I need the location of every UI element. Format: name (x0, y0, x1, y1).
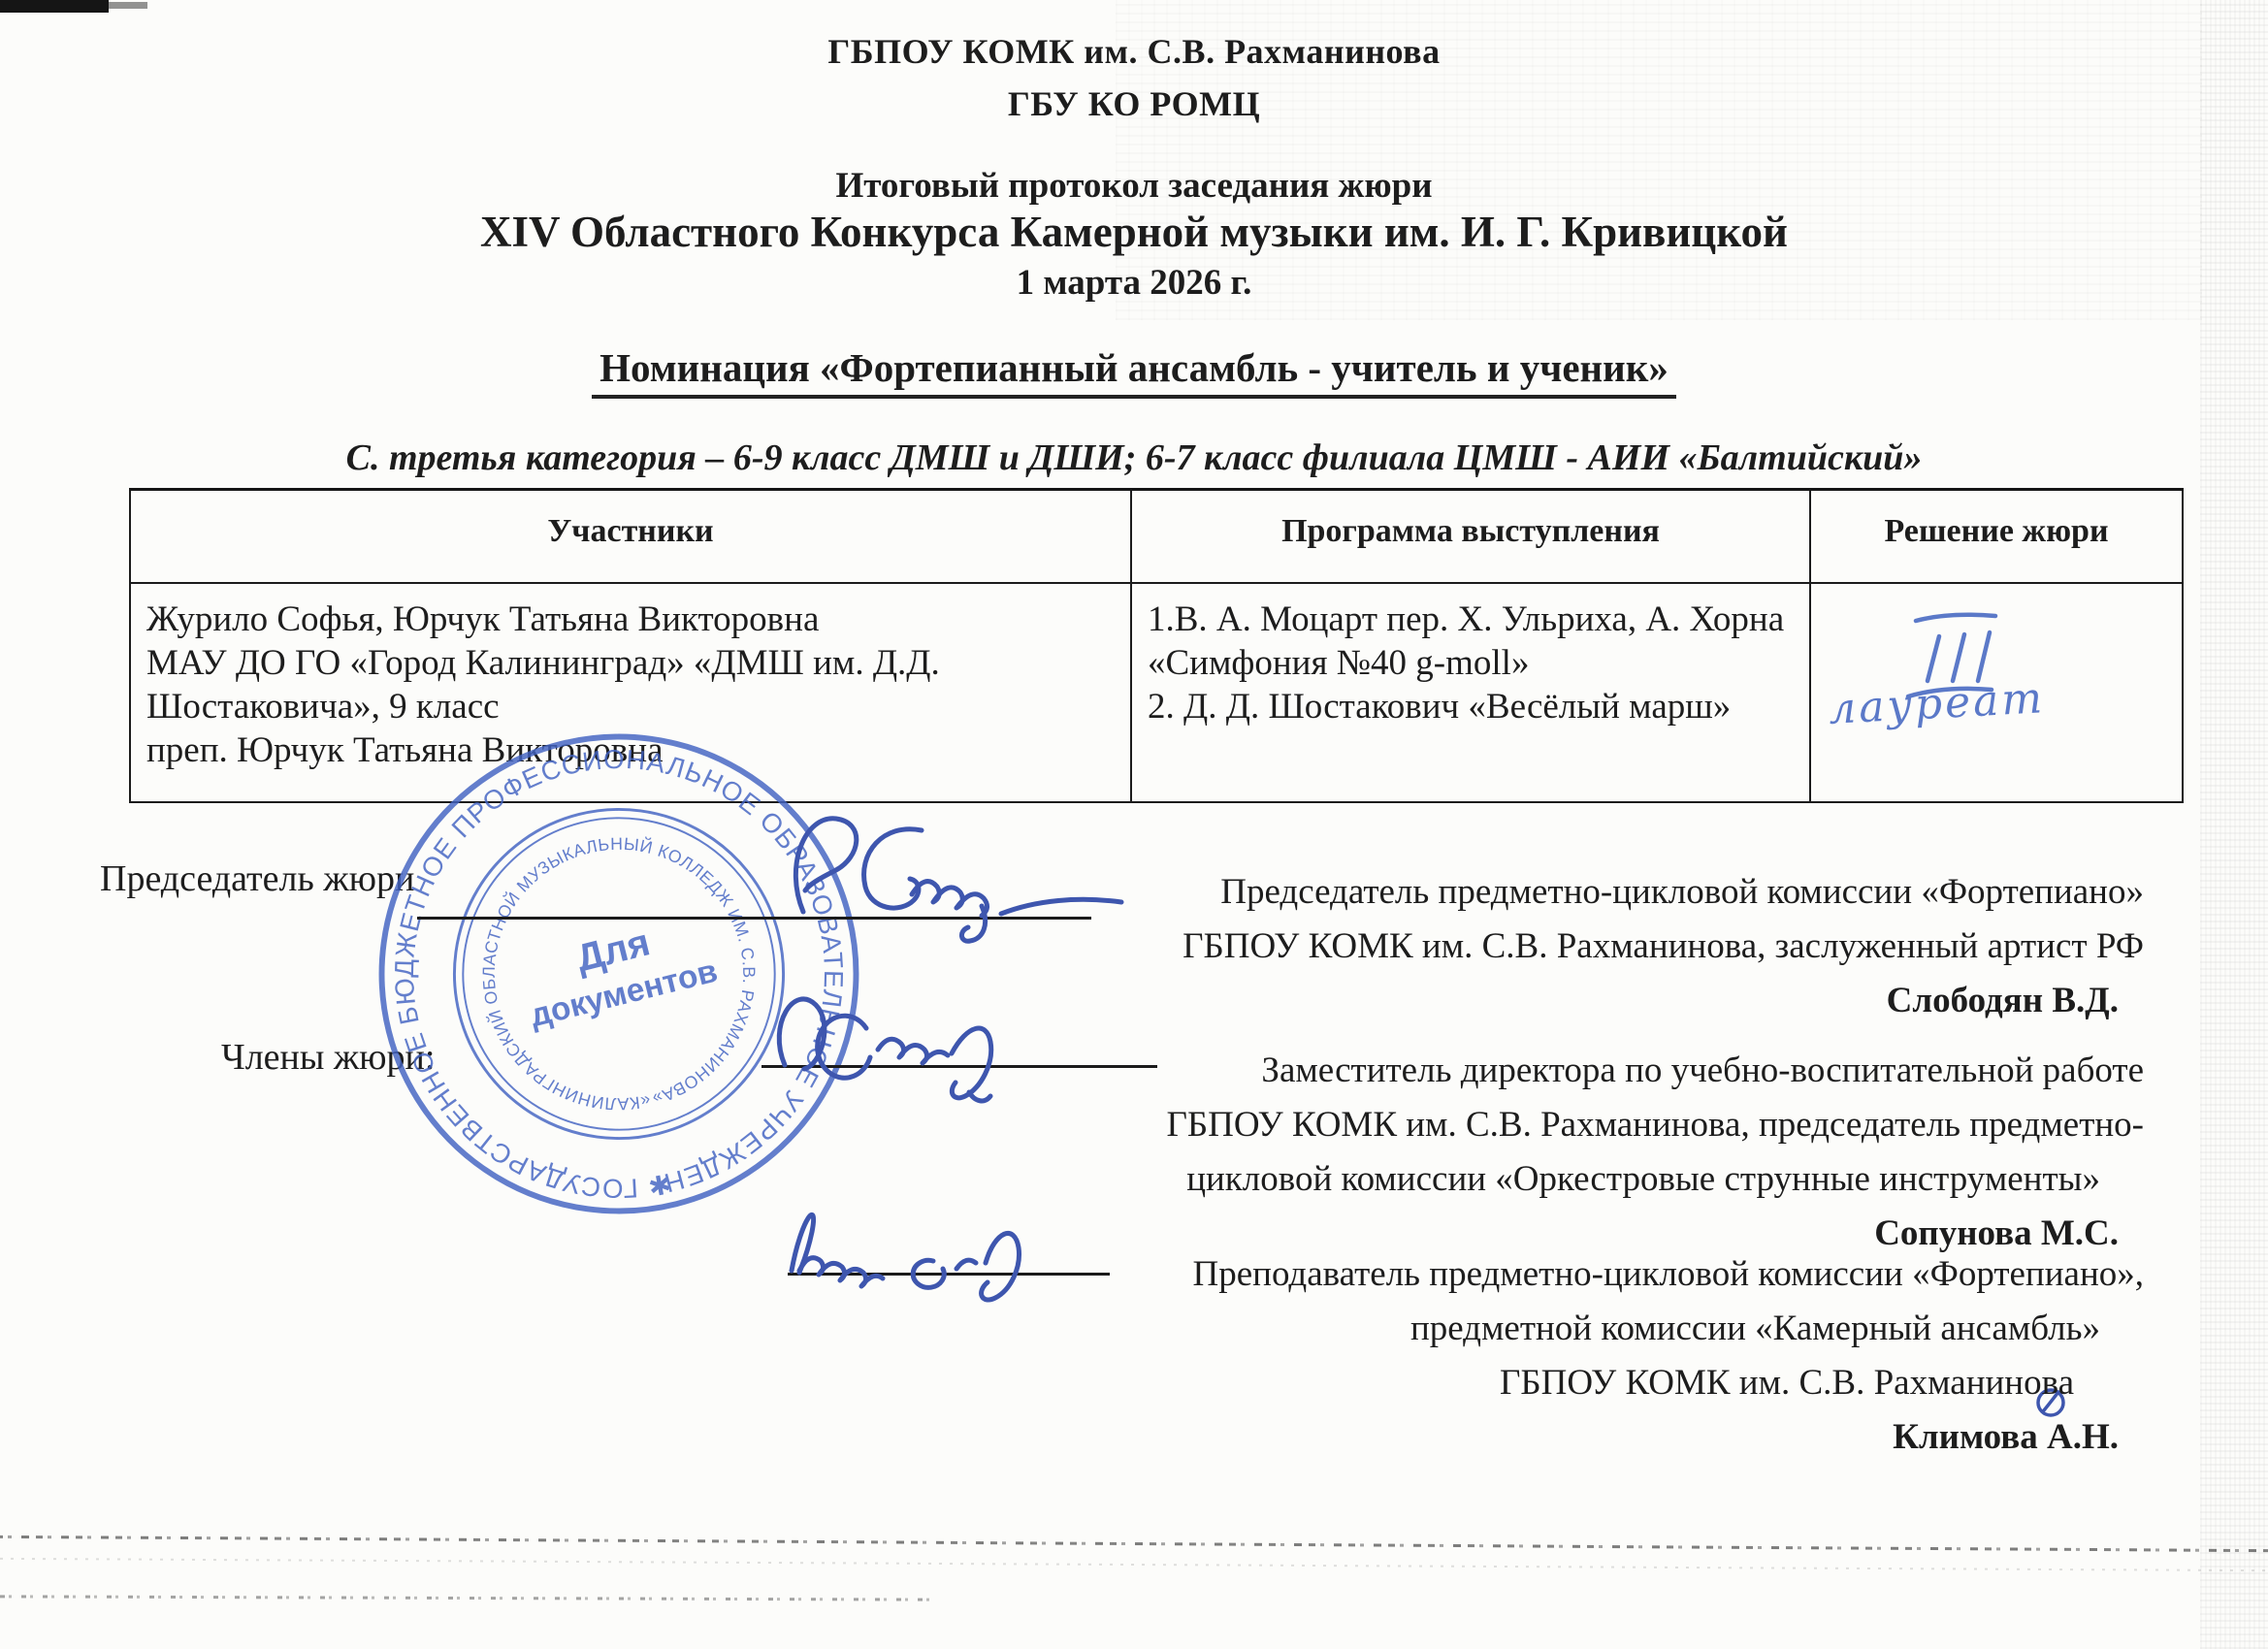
member-1-title-line-2: ГБПОУ КОМК им. С.В. Рахманинова, председ… (1167, 1098, 2145, 1152)
org-name-line-1: ГБПОУ КОМК им. С.В. Рахманинова (0, 31, 2268, 72)
scan-artifact-smudge (109, 2, 147, 9)
chair-title-line-2: ГБПОУ КОМК им. С.В. Рахманинова, заслуже… (1183, 920, 2144, 974)
member-1-signature-ink (752, 972, 1082, 1117)
program-piece-1: 1.В. А. Моцарт пер. Х. Ульриха, А. Хорна… (1148, 598, 1796, 685)
category-heading: С. третья категория – 6-9 класс ДМШ и ДШ… (0, 436, 2268, 479)
program-piece-2: 2. Д. Д. Шостакович «Весёлый марш» (1148, 685, 1796, 728)
member-1-title-line-3: цикловой комиссии «Оркестровые струнные … (1167, 1152, 2145, 1207)
scan-artifact-noise-line-faint (0, 1558, 2268, 1571)
member-2-title-line-1: Преподаватель предметно-цикловой комисси… (1193, 1247, 2144, 1302)
competition-title: XIV Областного Конкурса Камерной музыки … (0, 207, 2268, 257)
member-2-name: Климова А.Н. (1193, 1410, 2144, 1465)
chair-signature-ink (776, 797, 1145, 953)
nomination-heading: Номинация «Фортепианный ансамбль - учите… (0, 344, 2268, 399)
scanned-jury-protocol: ГБПОУ КОМК им. С.В. Рахманинова ГБУ КО Р… (0, 0, 2268, 1649)
scan-artifact-corner-bar (0, 0, 109, 13)
stamp-inner-ring-text: «КАЛИНИНГРАДСКИЙ ОБЛАСТНОЙ МУЗЫКАЛЬНЫЙ К… (448, 804, 789, 1144)
handwritten-grade-word: лауреат (1828, 670, 2159, 731)
scan-artifact-noise-line-short (0, 1595, 931, 1600)
chair-signature-block: Председатель предметно-цикловой комиссии… (1183, 865, 2144, 1028)
org-name-line-2: ГБУ КО РОМЦ (0, 83, 2268, 124)
chair-name: Слободян В.Д. (1183, 974, 2144, 1028)
column-header-decision: Решение жюри (1810, 490, 2183, 583)
nomination-text: Номинация «Фортепианный ансамбль - учите… (592, 344, 1676, 399)
participants-names: Журило Софья, Юрчук Татьяна Викторовна (146, 598, 1117, 641)
column-header-program: Программа выступления (1131, 490, 1810, 583)
scan-artifact-noise-line (0, 1536, 2268, 1552)
table-header-row: Участники Программа выступления Решение … (130, 490, 2183, 583)
member-1-title-line-1: Заместитель директора по учебно-воспитат… (1167, 1044, 2145, 1098)
member-2-title-line-2: предметной комиссии «Камерный ансамбль» (1193, 1302, 2144, 1356)
member-2-signature-ink (766, 1181, 1116, 1308)
protocol-date: 1 марта 2026 г. (0, 262, 2268, 304)
decision-cell: лауреат (1810, 583, 2183, 802)
member-1-signature-block: Заместитель директора по учебно-воспитат… (1167, 1044, 2145, 1261)
member-2-title-line-3: ГБПОУ КОМК им. С.В. Рахманинова (1193, 1356, 2144, 1410)
chair-title-line-1: Председатель предметно-цикловой комиссии… (1183, 865, 2144, 920)
column-header-participants: Участники (130, 490, 1131, 583)
protocol-title: Итоговый протокол заседания жюри (0, 165, 2268, 207)
member-2-signature-block: Преподаватель предметно-цикловой комисси… (1193, 1247, 2144, 1465)
program-cell: 1.В. А. Моцарт пер. Х. Ульриха, А. Хорна… (1131, 583, 1810, 802)
